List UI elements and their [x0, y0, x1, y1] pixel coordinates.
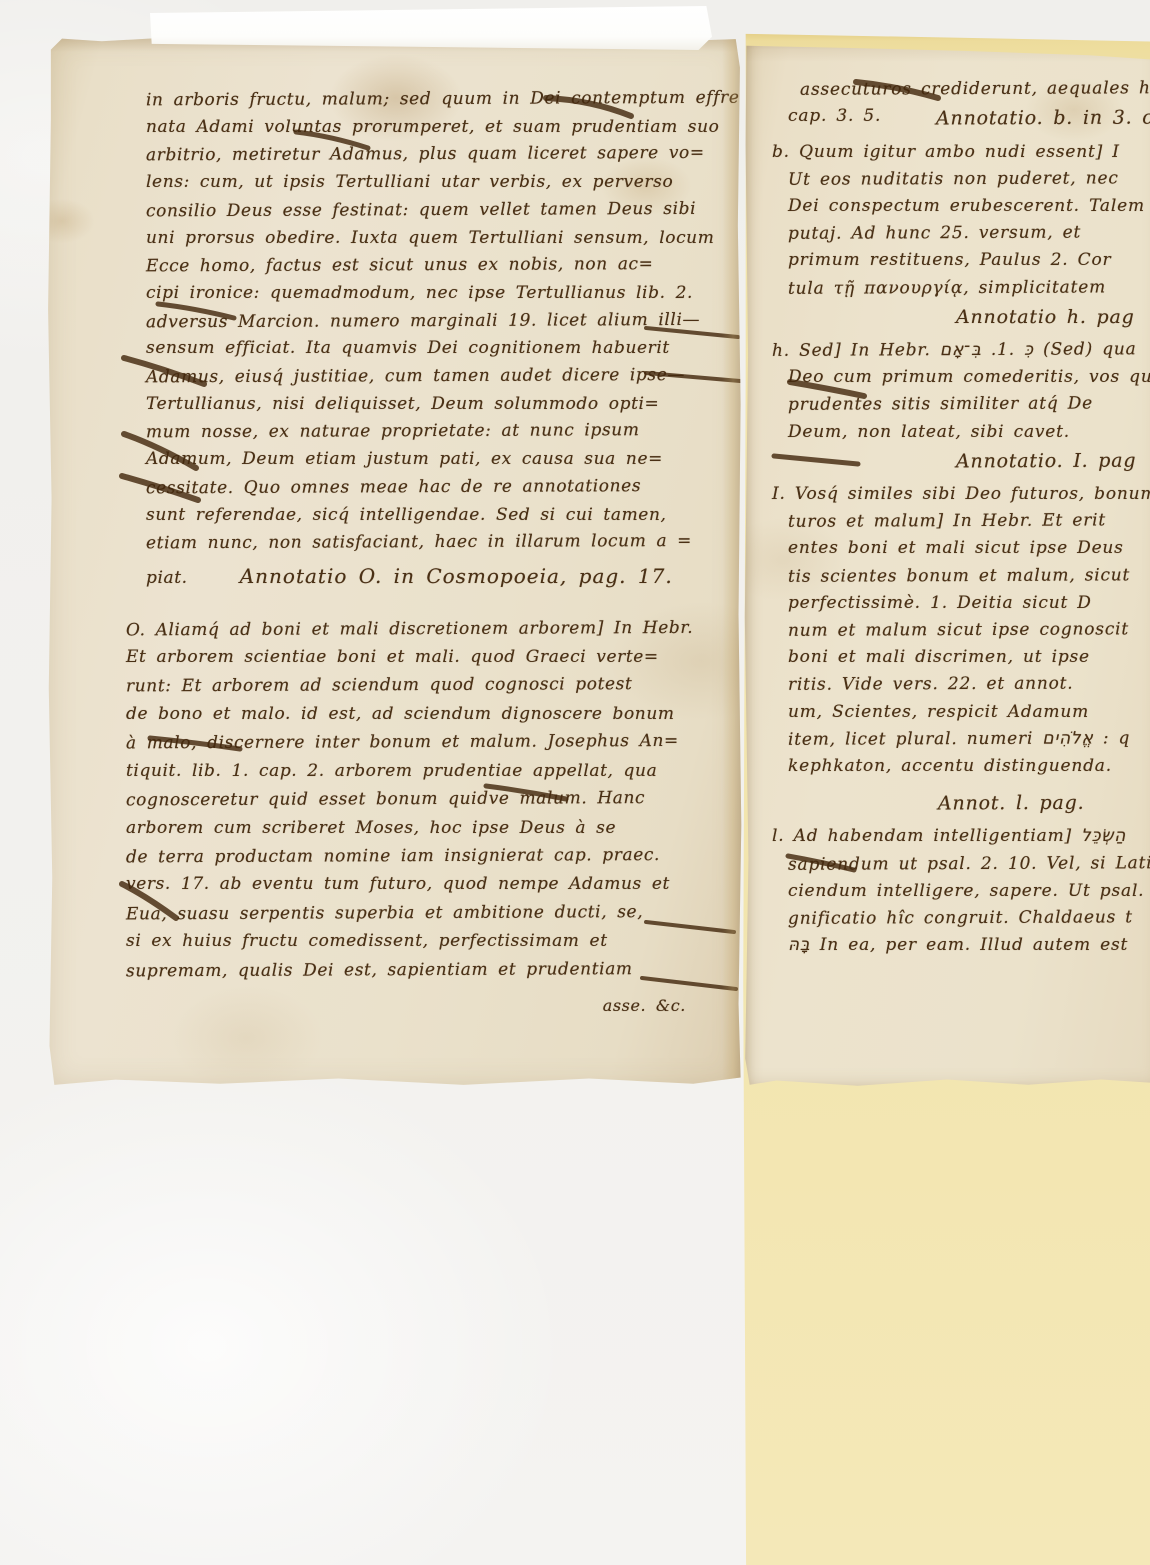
manuscript-line: num et malum sicut ipse cognoscit	[788, 616, 1150, 645]
manuscript-line: putaj. Ad hunc 25. versum, et	[788, 219, 1150, 248]
manuscript-line: Et arborem scientiae boni et mali. quod …	[126, 643, 742, 671]
manuscript-line: perfectissimè. 1. Deitia sicut D	[788, 590, 1150, 617]
manuscript-line: Deo cum primum comederitis, vos qui	[788, 364, 1150, 391]
left-page: in arboris fructu, malum; sed quum in De…	[46, 36, 742, 1088]
manuscript-line: kephkaton, accentu distinguenda.	[788, 753, 1150, 780]
manuscript-line: ciendum intelligere, sapere. Ut psal.	[788, 878, 1150, 905]
right-page: assecuturos crediderunt, aequales hîc De…	[744, 40, 1150, 1090]
manuscript-line: Deum, non lateat, sibi cavet.	[788, 419, 1150, 446]
manuscript-line: Adamum, Deum etiam justum pati, ex causa…	[146, 446, 742, 474]
manuscript-line: Ecce homo, factus est sicut unus ex nobi…	[146, 251, 742, 281]
manuscript-line: sensum efficiat. Ita quamvis Dei cogniti…	[146, 335, 742, 363]
manuscript-line: O. Aliamq́ ad boni et mali discretionem …	[126, 613, 742, 644]
manuscript-line: cipi ironice: quemadmodum, nec ipse Tert…	[146, 280, 742, 308]
manuscript-line: I. Vosq́ similes sibi Deo futuros, bonum	[772, 481, 1150, 508]
manuscript-line: prudentes sitis similiter atq́ De	[788, 391, 1150, 420]
annotation-heading: Annotatio. I. pag	[956, 447, 1150, 475]
manuscript-line: assecuturos crediderunt, aequales hîc De…	[800, 75, 1150, 104]
manuscript-line: ritis. Vide vers. 22. et annot.	[788, 671, 1150, 700]
manuscript-line: h. Sed] In Hebr. כִּ .1. בִּ־אָם (Sed) q…	[772, 336, 1150, 365]
manuscript-line: de bono et malo. id est, ad sciendum dig…	[126, 700, 742, 728]
manuscript-line: cessitate. Quo omnes meae hac de re anno…	[146, 473, 742, 503]
manuscript-line: uni prorsus obedire. Iuxta quem Tertulli…	[146, 225, 742, 253]
right-page-text: assecuturos crediderunt, aequales hîc De…	[744, 40, 1150, 960]
manuscript-line: l. Ad habendam intelligentiam] הַשְׂכֵּל	[772, 823, 1150, 850]
manuscript-line: Eua, suasu serpentis superbia et ambitio…	[126, 897, 742, 928]
manuscript-line: arborem cum scriberet Moses, hoc ipse De…	[126, 814, 742, 842]
manuscript-line: Dei conspectum erubescerent. Talem	[788, 193, 1150, 220]
manuscript-line: tis scientes bonum et malum, sicut	[788, 562, 1150, 591]
manuscript-line: adversus Marcion. numero marginali 19. l…	[146, 306, 742, 336]
manuscript-line: item, licet plural. numeri אֱלֹהִים : q	[788, 725, 1150, 754]
catchword: asse. &c.	[146, 992, 742, 1020]
line-fragment: piat.	[146, 565, 188, 593]
manuscript-line: lens: cum, ut ipsis Tertulliani utar ver…	[146, 169, 742, 197]
manuscript-line: nata Adami voluntas prorumperet, et suam…	[146, 114, 742, 142]
annotation-heading: Annot. l. pag.	[938, 790, 1150, 818]
manuscript-line: consilio Deus esse festinat: quem vellet…	[146, 196, 742, 226]
annotation-heading: Annotatio. b. in 3. caput	[936, 105, 1150, 133]
manuscript-line: tiquit. lib. 1. cap. 2. arborem prudenti…	[126, 757, 742, 785]
manuscript-line: in arboris fructu, malum; sed quum in De…	[146, 85, 742, 115]
manuscript-line: supremam, qualis Dei est, sapientiam et …	[126, 954, 742, 985]
manuscript-line: um, Scientes, respicit Adamum	[788, 699, 1150, 726]
annotation-o-block: O. Aliamq́ ad boni et mali discretionem …	[126, 615, 742, 984]
manuscript-line: Tertullianus, nisi deliquisset, Deum sol…	[146, 391, 742, 419]
manuscript-line: runt: Et arborem ad sciendum quod cognos…	[126, 670, 742, 701]
manuscript-line: à malo, discernere inter bonum et malum.…	[126, 727, 742, 758]
manuscript-line: cognosceretur quid esset bonum quidve ma…	[126, 784, 742, 815]
manuscript-line: gnificatio hîc congruit. Chaldaeus t	[788, 904, 1150, 933]
annotation-heading: Annotatio O. in Cosmopoeia, pag. 17.	[240, 563, 673, 591]
manuscript-line: arbitrio, metiretur Adamus, plus quam li…	[146, 140, 742, 170]
manuscript-line: b. Quum igitur ambo nudi essent] I	[772, 139, 1150, 166]
manuscript-line: בָּהּ In ea, per eam. Illud autem est	[788, 932, 1150, 959]
manuscript-line: entes boni et mali sicut ipse Deus	[788, 535, 1150, 562]
manuscript-line: sunt referendae, sicq́ intelligendae. Se…	[146, 502, 742, 530]
manuscript-line: vers. 17. ab eventu tum futuro, quod nem…	[126, 870, 742, 898]
left-page-text: in arboris fructu, malum; sed quum in De…	[46, 36, 742, 1020]
manuscript-line: turos et malum] In Hebr. Et erit	[788, 507, 1150, 536]
manuscript-line: etiam nunc, non satisfaciant, haec in il…	[146, 528, 742, 558]
manuscript-line: tula τῇ πανουργίᾳ, simplicitatem	[788, 274, 1150, 303]
interleaf-sheet	[150, 6, 712, 50]
annotation-heading: Annotatio h. pag	[956, 304, 1150, 331]
manuscript-scan: in arboris fructu, malum; sed quum in De…	[0, 0, 1150, 1565]
manuscript-line: primum restituens, Paulus 2. Cor	[788, 247, 1150, 274]
manuscript-line: si ex huius fructu comedissent, perfecti…	[126, 927, 742, 955]
manuscript-line: Adamus, eiusq́ justitiae, cum tamen aude…	[146, 362, 742, 392]
manuscript-line: mum nosse, ex naturae proprietate: at nu…	[146, 417, 742, 447]
manuscript-line: de terra productam nomine iam insigniera…	[126, 841, 742, 872]
manuscript-line: boni et mali discrimen, ut ipse	[788, 644, 1150, 671]
manuscript-line: Ut eos nuditatis non puderet, nec	[788, 165, 1150, 194]
manuscript-line: piat. Annotatio O. in Cosmopoeia, pag. 1…	[146, 563, 742, 593]
manuscript-line: sapiendum ut psal. 2. 10. Vel, si Lati	[788, 850, 1150, 879]
